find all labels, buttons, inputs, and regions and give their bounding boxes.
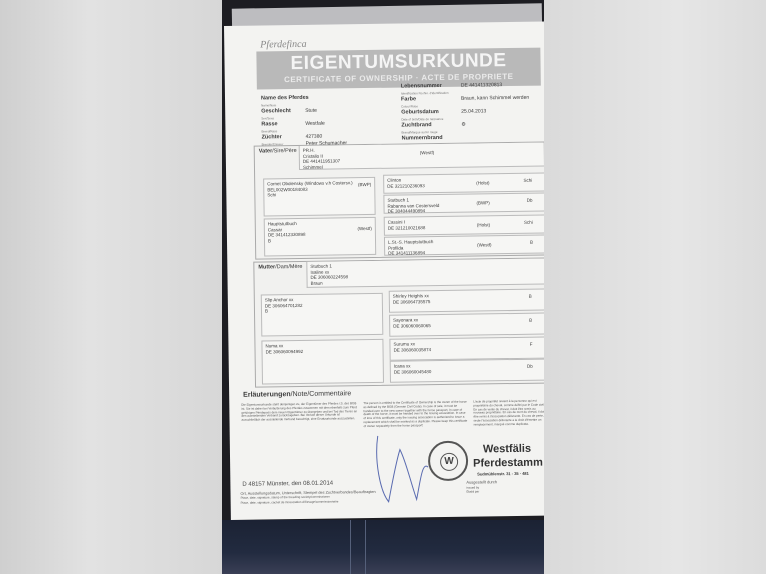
issued-by: Ausgestellt durch issued by Établi par [466,480,497,494]
association-name: Westfälis Pferdestamm Sudmühlenstr. 31 -… [473,442,543,479]
horse-info-left: Name des PferdesName/NomGeschlechtSex/Se… [261,94,392,148]
notes-english: The person is entitled to the Certificat… [363,401,467,429]
notes-german: Die Eigentumsurkunde steht demjenigen zu… [241,402,357,423]
great-grandparent-box: Cassini I DE 321210021688(Holst)Schi [384,214,544,235]
sire-grandsire-box: Cornet Obolensky (Windows v.h Costersv.)… [263,177,376,217]
great-grandparent-box: Sayonara xx DE 306060060065B [389,313,544,337]
issue-place-date: D 48157 Münster, den 08.01.2014 [242,481,333,488]
notes-french: L'acte de propriété revient à la personn… [473,400,544,428]
ownership-certificate: Pferdefinca EIGENTUMSURKUNDE CERTIFICATE… [224,22,544,520]
sire-granddam-box: Hauptstutbuch Cassar DE 341412330898 B (… [264,217,377,257]
association-stamp: W [428,441,469,482]
jeans-background [222,520,544,574]
info-value: Westfale [305,121,324,128]
blurred-background-left [0,0,222,574]
sire-box: PR.H. Cristallo II DE 441411951307 Schim… [299,143,544,170]
info-value: Braun, kann Schimmel werden [461,95,529,102]
jeans-seam [350,520,366,574]
dam-section: Mutter/Dam/Mère Stutbuch 1 Isaline xx DE… [253,257,544,387]
issue-caption: Ort, Ausstellungsdatum, Unterschrift, St… [241,489,441,505]
great-grandparent-box: Surumu xx DE 306060035874F [389,337,544,361]
great-grandparent-box: Clinton DE 321210236093(Holst)Schi [383,173,544,194]
info-value: DE 441411320813 [461,82,502,89]
great-grandparent-box: Icana xx DE 306060045480Db [390,359,544,383]
logo: Pferdefinca [260,39,306,51]
great-grandparent-box: Stutbuch 1 Rabanna van Costersveld DE 30… [383,193,544,214]
dam-section-title: Mutter/Dam/Mère [258,264,302,271]
stamp-emblem-icon: W [440,453,458,471]
blurred-background-right [544,0,766,574]
document-photo: Pferdefinca EIGENTUMSURKUNDE CERTIFICATE… [222,0,544,574]
great-grandparent-box: L.St.-S. Hauptstutbuch Profilda DE 34141… [384,234,544,255]
dam-grandsire-box: Slip Anchor xx DE 306064701282 B [261,293,384,337]
info-value: Stute [305,108,317,115]
dam-granddam-box: Numa xx DE 306060094992 [261,339,384,385]
notes-title: Erläuterungen/Note/Commentaire [243,390,351,399]
sire-section: Vater/Sire/Père PR.H. Cristallo II DE 44… [254,141,544,259]
great-grandparent-box: Shirley Heights xx DE 306064735575B [389,289,544,313]
info-value: ⚙ [461,122,466,129]
dam-box: Stutbuch 1 Isaline xx DE 306060224598 Br… [306,259,544,288]
sire-section-title: Vater/Sire/Père [259,148,297,155]
info-value: 25.04.2013 [461,108,486,115]
